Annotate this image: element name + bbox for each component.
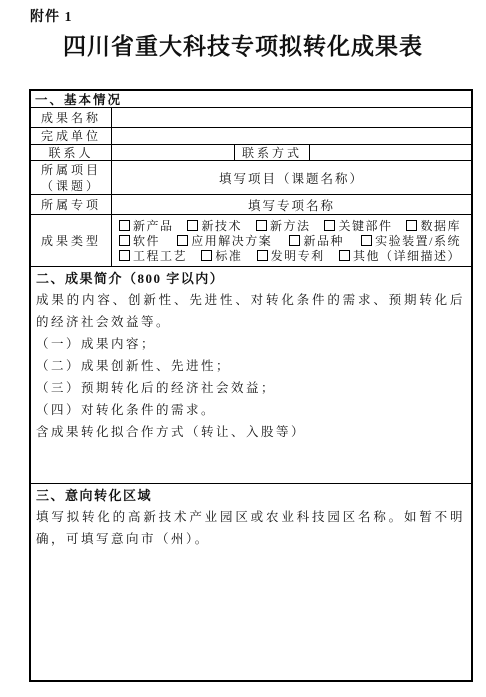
- section2-line-intro: 成果的内容、创新性、先进性、对转化条件的需求、预期转化后的经济社会效益等。: [36, 289, 465, 333]
- section2-line-item3: （三）预期转化后的经济社会效益；: [36, 377, 465, 399]
- checkbox-unchecked-icon: [119, 235, 130, 246]
- checkbox-invention-patent[interactable]: 发明专利: [257, 249, 325, 263]
- checkbox-unchecked-icon: [177, 235, 188, 246]
- contact-person-label: 联系人: [31, 145, 112, 160]
- row-contact: 联系人 联系方式: [31, 145, 471, 161]
- special-project-label: 所属专项: [31, 195, 112, 214]
- section1-header-label: 一、基本情况: [35, 90, 122, 108]
- checkbox-label: 关键部件: [338, 219, 392, 233]
- project-input[interactable]: 填写项目（课题名称）: [112, 161, 471, 194]
- checkbox-unchecked-icon: [324, 220, 335, 231]
- checkbox-unchecked-icon: [119, 220, 130, 231]
- checkbox-label: 新方法: [270, 219, 311, 233]
- contact-person-input[interactable]: [112, 145, 234, 160]
- checkbox-label: 新产品: [133, 219, 174, 233]
- contact-method-label: 联系方式: [234, 145, 310, 160]
- checkbox-label: 实验装置/系统: [375, 234, 461, 248]
- checkbox-label: 标准: [215, 249, 242, 263]
- result-type-label: 成果类型: [31, 215, 112, 266]
- checkbox-software[interactable]: 软件: [119, 234, 160, 248]
- checkbox-label: 数据库: [420, 219, 461, 233]
- section2-header: 二、成果简介（800 字以内）: [36, 269, 465, 289]
- results-form-table: 一、基本情况 成果名称 完成单位 联系人 联系方式 所属项目（课题） 填写项目（…: [29, 89, 473, 682]
- checkbox-application-solution[interactable]: 应用解决方案: [177, 234, 272, 248]
- special-project-input[interactable]: 填写专项名称: [112, 195, 471, 214]
- row-project: 所属项目（课题） 填写项目（课题名称）: [31, 161, 471, 195]
- result-type-options: 新产品 新技术 新方法 关键部件 数据库 软件 应用解决方案 新品种 实验装置/…: [112, 215, 471, 266]
- checkbox-database[interactable]: 数据库: [406, 219, 461, 233]
- result-name-input[interactable]: [112, 108, 471, 127]
- section3-region[interactable]: 三、意向转化区域 填写拟转化的高新技术产业园区或农业科技园区名称。如暂不明确，可…: [31, 484, 471, 680]
- checkbox-experimental-device-system[interactable]: 实验装置/系统: [361, 234, 461, 248]
- checkbox-new-method[interactable]: 新方法: [256, 219, 311, 233]
- checkbox-new-variety[interactable]: 新品种: [289, 234, 344, 248]
- checkbox-unchecked-icon: [289, 235, 300, 246]
- checkbox-unchecked-icon: [339, 250, 350, 261]
- checkbox-unchecked-icon: [119, 250, 130, 261]
- row-result-type: 成果类型 新产品 新技术 新方法 关键部件 数据库 软件 应用解决方案 新品种 …: [31, 215, 471, 267]
- completing-unit-label: 完成单位: [31, 128, 112, 144]
- row-result-name: 成果名称: [31, 108, 471, 128]
- checkbox-engineering-process[interactable]: 工程工艺: [119, 249, 187, 263]
- checkbox-label: 新品种: [303, 234, 344, 248]
- checkbox-new-product[interactable]: 新产品: [119, 219, 174, 233]
- result-name-label: 成果名称: [31, 108, 112, 127]
- checkbox-label: 其他（详细描述）: [353, 249, 461, 263]
- section2-line-item2: （二）成果创新性、先进性；: [36, 355, 465, 377]
- section2-line-item4: （四）对转化条件的需求。: [36, 399, 465, 421]
- checkbox-other-detailed[interactable]: 其他（详细描述）: [339, 249, 461, 263]
- checkbox-label: 软件: [133, 234, 160, 248]
- section1-header: 一、基本情况: [31, 91, 471, 108]
- checkbox-label: 工程工艺: [133, 249, 187, 263]
- section2-summary[interactable]: 二、成果简介（800 字以内） 成果的内容、创新性、先进性、对转化条件的需求、预…: [31, 267, 471, 484]
- completing-unit-input[interactable]: [112, 128, 471, 144]
- attachment-label: 附件 1: [30, 6, 73, 26]
- checkbox-line-2: 软件 应用解决方案 新品种 实验装置/系统: [119, 234, 461, 248]
- contact-method-input[interactable]: [310, 145, 471, 160]
- checkbox-unchecked-icon: [406, 220, 417, 231]
- checkbox-label: 发明专利: [271, 249, 325, 263]
- section2-line-item1: （一）成果内容；: [36, 333, 465, 355]
- checkbox-unchecked-icon: [201, 250, 212, 261]
- section3-body: 填写拟转化的高新技术产业园区或农业科技园区名称。如暂不明确，可填写意向市（州）。: [36, 506, 465, 550]
- checkbox-line-1: 新产品 新技术 新方法 关键部件 数据库: [119, 219, 461, 233]
- row-completing-unit: 完成单位: [31, 128, 471, 145]
- section3-header: 三、意向转化区域: [36, 486, 465, 506]
- project-label: 所属项目（课题）: [31, 161, 112, 194]
- checkbox-unchecked-icon: [361, 235, 372, 246]
- checkbox-unchecked-icon: [256, 220, 267, 231]
- checkbox-label: 应用解决方案: [191, 234, 272, 248]
- row-special-project: 所属专项 填写专项名称: [31, 195, 471, 215]
- checkbox-line-3: 工程工艺 标准 发明专利 其他（详细描述）: [119, 249, 461, 263]
- checkbox-new-technology[interactable]: 新技术: [187, 219, 242, 233]
- checkbox-standard[interactable]: 标准: [201, 249, 242, 263]
- section2-line-cooperation: 含成果转化拟合作方式（转让、入股等）: [36, 421, 465, 443]
- checkbox-unchecked-icon: [187, 220, 198, 231]
- checkbox-label: 新技术: [201, 219, 242, 233]
- checkbox-unchecked-icon: [257, 250, 268, 261]
- page-title: 四川省重大科技专项拟转化成果表: [0, 28, 486, 61]
- checkbox-key-component[interactable]: 关键部件: [324, 219, 392, 233]
